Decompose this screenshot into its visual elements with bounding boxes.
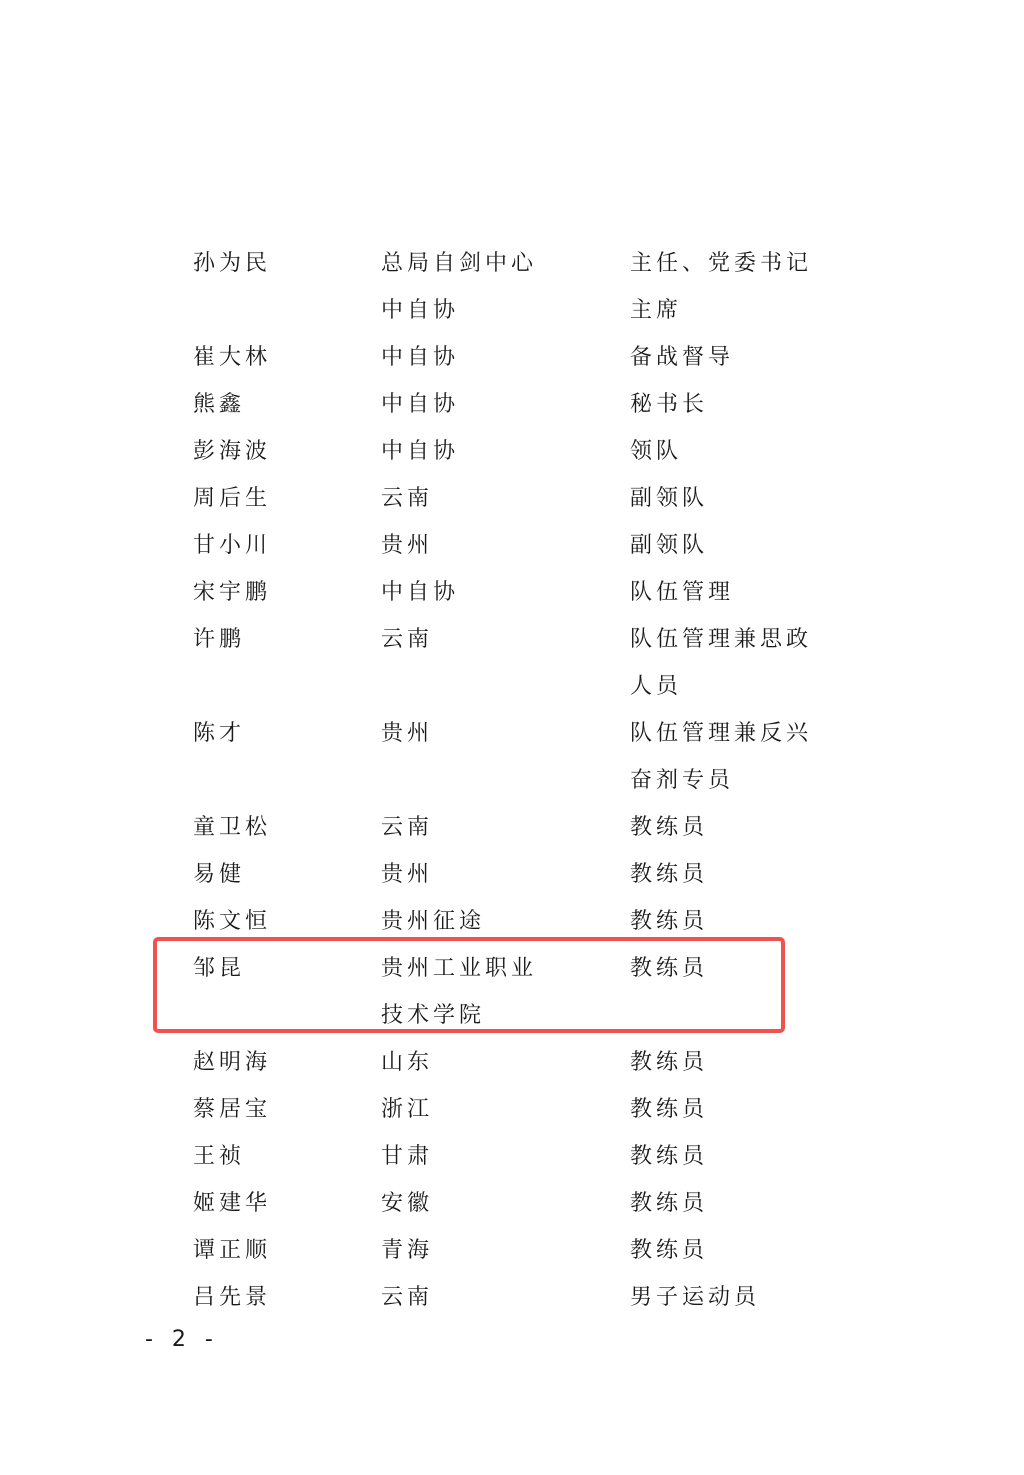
person-unit: 中自协 <box>381 387 459 423</box>
person-role: 秘书长 <box>630 387 708 423</box>
person-name: 蔡居宝 <box>193 1092 271 1128</box>
person-role: 教练员 <box>630 1139 708 1175</box>
person-role: 队伍管理兼思政 <box>630 622 812 658</box>
person-role: 备战督导 <box>630 340 734 376</box>
person-name: 孙为民 <box>193 246 271 282</box>
person-role: 主任、党委书记 <box>630 246 812 282</box>
person-unit: 甘肃 <box>381 1139 433 1175</box>
person-role: 副领队 <box>630 481 708 517</box>
person-name: 崔大林 <box>193 340 271 376</box>
person-name: 彭海波 <box>193 434 271 470</box>
person-unit: 中自协 <box>381 434 459 470</box>
person-role: 教练员 <box>630 857 708 893</box>
person-role: 教练员 <box>630 1092 708 1128</box>
person-name: 吕先景 <box>193 1280 271 1316</box>
person-name: 童卫松 <box>193 810 271 846</box>
person-role: 领队 <box>630 434 682 470</box>
person-unit: 贵州 <box>381 857 433 893</box>
person-unit: 浙江 <box>381 1092 433 1128</box>
person-role: 队伍管理 <box>630 575 734 611</box>
person-unit: 中自协 <box>381 293 459 329</box>
person-unit: 青海 <box>381 1233 433 1269</box>
person-unit: 中自协 <box>381 575 459 611</box>
person-role: 队伍管理兼反兴 <box>630 716 812 752</box>
person-unit: 云南 <box>381 622 433 658</box>
person-unit: 贵州 <box>381 528 433 564</box>
person-name: 熊鑫 <box>193 387 245 423</box>
person-unit: 中自协 <box>381 340 459 376</box>
person-name: 易健 <box>193 857 245 893</box>
red-highlight-box <box>153 937 785 1033</box>
person-unit: 山东 <box>381 1045 433 1081</box>
person-role: 主席 <box>630 293 682 329</box>
person-name: 陈才 <box>193 716 245 752</box>
person-role: 副领队 <box>630 528 708 564</box>
person-name: 甘小川 <box>193 528 271 564</box>
person-name: 赵明海 <box>193 1045 271 1081</box>
person-unit: 总局自剑中心 <box>381 246 537 282</box>
person-role: 奋剂专员 <box>630 763 734 799</box>
person-name: 陈文恒 <box>193 904 271 940</box>
person-unit: 云南 <box>381 481 433 517</box>
document-page: 孙为民 总局自剑中心 主任、党委书记 中自协 主席 崔大林 中自协 备战督导 熊… <box>0 0 1024 1475</box>
person-unit: 贵州 <box>381 716 433 752</box>
person-name: 周后生 <box>193 481 271 517</box>
person-role: 教练员 <box>630 1233 708 1269</box>
person-name: 宋宇鹏 <box>193 575 271 611</box>
person-role: 教练员 <box>630 904 708 940</box>
person-unit: 安徽 <box>381 1186 433 1222</box>
person-role: 教练员 <box>630 1186 708 1222</box>
person-name: 王祯 <box>193 1139 245 1175</box>
person-role: 人员 <box>630 669 682 705</box>
person-role: 教练员 <box>630 810 708 846</box>
person-name: 姬建华 <box>193 1186 271 1222</box>
person-role: 教练员 <box>630 1045 708 1081</box>
person-unit: 贵州征途 <box>381 904 485 940</box>
person-role: 男子运动员 <box>630 1280 760 1316</box>
person-name: 谭正顺 <box>193 1233 271 1269</box>
person-unit: 云南 <box>381 810 433 846</box>
person-unit: 云南 <box>381 1280 433 1316</box>
person-name: 许鹏 <box>193 622 245 658</box>
page-number: - 2 - <box>145 1324 219 1356</box>
